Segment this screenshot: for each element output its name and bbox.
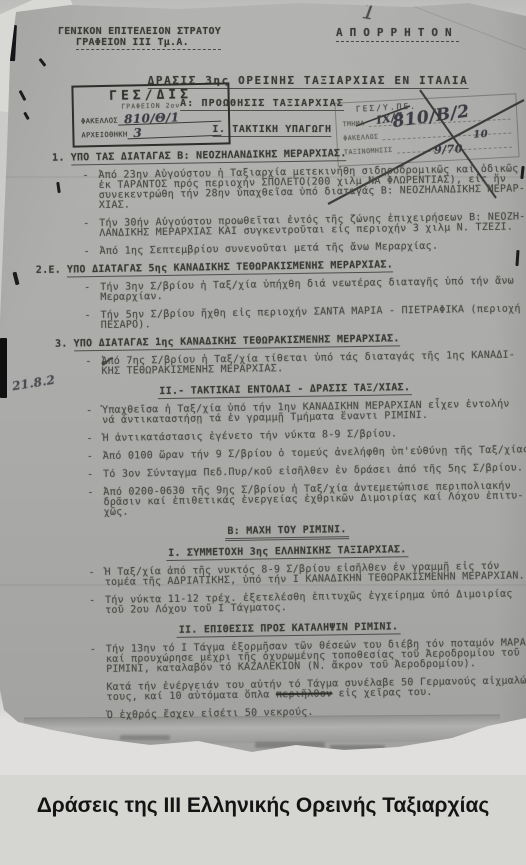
- bullet-item: -Ἀπό 0200-0630 τῆς 9ης Σ/βρίου ἡ Ταξ/χία…: [51, 481, 521, 518]
- bullet-item: -Τήν 5ην Σ/βρίου ἤχθη εἰς περιοχήν ΣΑΝΤΑ…: [49, 304, 519, 331]
- bullet-item: -Ἀπό 23ην Αὐγούστου ἡ Ταξιαρχία μετεκινή…: [46, 164, 517, 211]
- bullet-item: -Ἡ Ταξ/χία ἀπό τῆς νυκτός 8-9 Σ/βρίου εἰ…: [53, 561, 523, 588]
- section-heading: 2.Ε.ΥΠΟ ΔΙΑΤΑΓΑΣ 5ης ΚΑΝΑΔΙΚΗΣ ΤΕΘΩΡΑΚΙΣ…: [36, 258, 518, 276]
- folder-value: 810/Θ/1: [118, 111, 221, 126]
- org-line2: ΓΡΑΦΕΙΟΝ ΙΙΙ Τμ.Α.: [76, 37, 221, 50]
- archive-label: ΑΡΧΕΙΟΘΗΚΗ: [81, 130, 127, 139]
- page-number: 1: [360, 0, 378, 26]
- section-heading: 3.ΥΠΟ ΔΙΑΤΑΓΑΣ 1ης ΚΑΝΑΔΙΚΗΣ ΤΕΘΩΡΑΚΙΣΜΕ…: [55, 332, 519, 349]
- ges-dis-stamp: ΓΕΣ/ΔΙΣ ΓΡΑΦΕΙΟΝ 2ον ΦΑΚΕΛΛΟΣ 810/Θ/1 ΑΡ…: [71, 82, 230, 147]
- fold-shadow: [120, 735, 170, 740]
- bullet-item: -Ἀπό 1ης Σεπτεμβρίου συνενοῦται μετά τῆς…: [48, 240, 518, 257]
- screenshot-root: ΓΕΝΙΚΟΝ ΕΠΙΤΕΛΕΙΟΝ ΣΤΡΑΤΟΥ ΓΡΑΦΕΙΟΝ ΙΙΙ …: [0, 0, 526, 865]
- bullet-item: -Ὑπαχθεῖσα ἡ Ταξ/χία ὑπό τήν 1ην ΚΑΝΑΔΙΚ…: [50, 399, 520, 426]
- bullet-item: -Τήν νύκτα 11-12 τρέχ. ἐξετελέσθη ἐπιτυχ…: [53, 589, 523, 616]
- caption-bar: Δράσεις της ΙΙΙ Ελληνικής Ορεινής Ταξιαρ…: [0, 775, 526, 865]
- bullet-item: -Τό 3ον Σύνταγμα Πεδ.Πυρ/κοῦ εἰσῆλθεν ἐν…: [51, 463, 521, 480]
- document-page: ΓΕΝΙΚΟΝ ΕΠΙΤΕΛΕΙΟΝ ΣΤΡΑΤΟΥ ΓΡΑΦΕΙΟΝ ΙΙΙ …: [0, 0, 526, 760]
- section-heading: 1.ΥΠΟ ΤΑΣ ΔΙΑΤΑΓΑΣ Β: ΝΕΟΖΗΛΑΝΔΙΚΗΣ ΜΕΡΑ…: [52, 146, 516, 163]
- stain-mark: [23, 112, 29, 120]
- stain-mark: [19, 90, 27, 101]
- document-body: 1.ΥΠΟ ΤΑΣ ΔΙΑΤΑΓΑΣ Β: ΝΕΟΖΗΛΑΝΔΙΚΗΣ ΜΕΡΑ…: [46, 146, 525, 721]
- bullet-item: -Τήν 3ην Σ/βρίου ἡ Ταξ/χία ὑπήχθη διά νε…: [48, 276, 518, 303]
- paragraph: Κατά τήν ἐνέργειάν του αὐτήν τό Τάγμα συ…: [106, 676, 524, 703]
- bullet-item: -Ἀπό 0100 ὥραν τήν 9 Σ/βρίου ὁ τομεύς ἀν…: [51, 445, 521, 462]
- center-heading: Β: ΜΑΧΗ ΤΟΥ ΡΙΜΙΝΙ.: [52, 522, 522, 539]
- stamp-office: ΓΡΑΦΕΙΟΝ 2ον: [81, 101, 221, 112]
- folder-extra-value: 10: [473, 130, 488, 141]
- folder-label: ΦΑΚΕΛΛΟΣ: [343, 133, 379, 143]
- center-heading: Ι. ΣΥΜΜΕΤΟΧΗ 3ης ΕΛΛΗΝΙΚΗΣ ΤΑΞΙΑΡΧΙΑΣ.: [52, 543, 522, 560]
- bullet-item: -Τήν 30ήν Αὐγούστου προωθεῖται ἐντός τῆς…: [47, 212, 517, 239]
- center-heading: ΙΙ.- ΤΑΚΤΙΚΑΙ ΕΝΤΟΛΑΙ - ΔΡΑΣΙΣ ΤΑΞ/ΧΙΑΣ.: [50, 381, 520, 398]
- stain-mark: [0, 338, 7, 398]
- fold-shadow: [255, 742, 325, 748]
- scanned-document: ΓΕΝΙΚΟΝ ΕΠΙΤΕΛΕΙΟΝ ΣΤΡΑΤΟΥ ΓΡΑΦΕΙΟΝ ΙΙΙ …: [0, 0, 526, 775]
- classification-marking: ΑΠΟΡΡΗΤΟΝ: [336, 26, 459, 42]
- fold-shadow: [330, 745, 385, 750]
- paragraph: Ὁ ἐχθρός ἔσχεν εἰσέτι 50 νεκρούς.: [107, 704, 525, 721]
- archive-value: 3: [127, 125, 221, 140]
- bullet-item: -Τήν 13ην τό Ι Τάγμα ἐξορμῆσαν τῶν θέσεώ…: [54, 638, 524, 675]
- checkmark-annotation: ✓: [98, 351, 114, 371]
- issuing-authority: ΓΕΝΙΚΟΝ ΕΠΙΤΕΛΕΙΟΝ ΣΤΡΑΤΟΥ ΓΡΑΦΕΙΟΝ ΙΙΙ …: [58, 26, 221, 50]
- org-line1: ΓΕΝΙΚΟΝ ΕΠΙΤΕΛΕΙΟΝ ΣΤΡΑΤΟΥ: [58, 26, 221, 37]
- section-label: ΤΜΗΜΑ: [342, 119, 364, 128]
- bullet-item: -Ἀπό 7ης Σ/βρίου ἡ Ταξ/χία τίθεται ὑπό τ…: [49, 350, 519, 377]
- bullet-item: -Ἡ ἀντικατάστασις ἐγένετο τήν νύκτα 8-9 …: [50, 427, 520, 444]
- folder-label: ΦΑΚΕΛΛΟΣ: [81, 117, 118, 126]
- center-heading: ΙΙ. ΕΠΙΘΕΣΙΣ ΠΡΟΣ ΚΑΤΑΛΗΨΙΝ ΡΙΜΙΝΙ.: [54, 620, 524, 637]
- caption-text: Δράσεις της ΙΙΙ Ελληνικής Ορεινής Ταξιαρ…: [37, 794, 490, 865]
- stain-mark: [515, 250, 519, 266]
- stain-mark: [38, 58, 46, 67]
- stain-mark: [12, 272, 19, 285]
